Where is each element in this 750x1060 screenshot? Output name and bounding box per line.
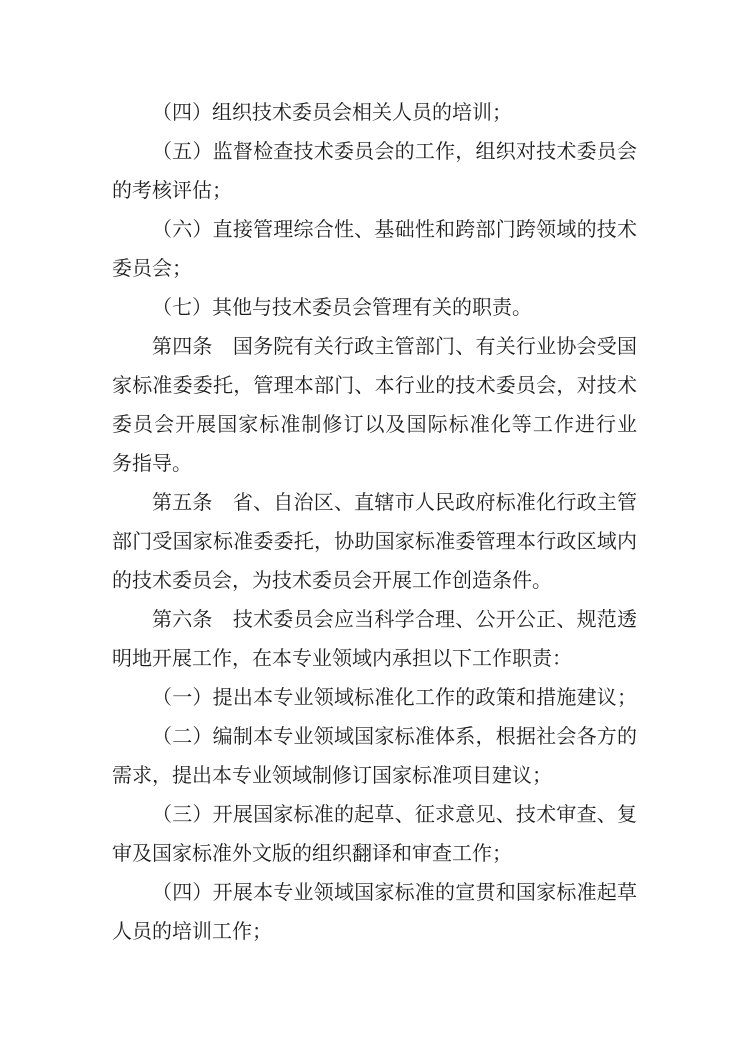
text-line: 部门受国家标准委委托，协助国家标准委管理本行政区域内: [112, 523, 637, 562]
text-line: 人员的培训工作；: [112, 913, 637, 952]
text-line: 委员会；: [112, 250, 637, 289]
text-line: （六）直接管理综合性、基础性和跨部门跨领域的技术: [112, 211, 637, 250]
text-line: 审及国家标准外文版的组织翻译和审查工作；: [112, 835, 637, 874]
text-line: （五）监督检查技术委员会的工作，组织对技术委员会: [112, 133, 637, 172]
text-line: 委员会开展国家标准制修订以及国际标准化等工作进行业: [112, 406, 637, 445]
text-line: 务指导。: [112, 445, 637, 484]
text-line: 明地开展工作，在本专业领域内承担以下工作职责：: [112, 640, 637, 679]
text-line: 第五条 省、自治区、直辖市人民政府标准化行政主管: [112, 484, 637, 523]
text-line: （四）开展本专业领域国家标准的宣贯和国家标准起草: [112, 874, 637, 913]
text-line: 需求，提出本专业领域制修订国家标准项目建议；: [112, 757, 637, 796]
text-line: （七）其他与技术委员会管理有关的职责。: [112, 289, 637, 328]
text-line: 的考核评估；: [112, 172, 637, 211]
text-line: 的技术委员会，为技术委员会开展工作创造条件。: [112, 562, 637, 601]
document-page: （四）组织技术委员会相关人员的培训； （五）监督检查技术委员会的工作，组织对技术…: [0, 0, 750, 1060]
document-text: （四）组织技术委员会相关人员的培训； （五）监督检查技术委员会的工作，组织对技术…: [112, 94, 637, 952]
text-line: （三）开展国家标准的起草、征求意见、技术审查、复: [112, 796, 637, 835]
text-line: 家标准委委托，管理本部门、本行业的技术委员会，对技术: [112, 367, 637, 406]
text-line: （四）组织技术委员会相关人员的培训；: [112, 94, 637, 133]
text-line: 第六条 技术委员会应当科学合理、公开公正、规范透: [112, 601, 637, 640]
text-line: （二）编制本专业领域国家标准体系，根据社会各方的: [112, 718, 637, 757]
text-line: 第四条 国务院有关行政主管部门、有关行业协会受国: [112, 328, 637, 367]
text-line: （一）提出本专业领域标准化工作的政策和措施建议；: [112, 679, 637, 718]
